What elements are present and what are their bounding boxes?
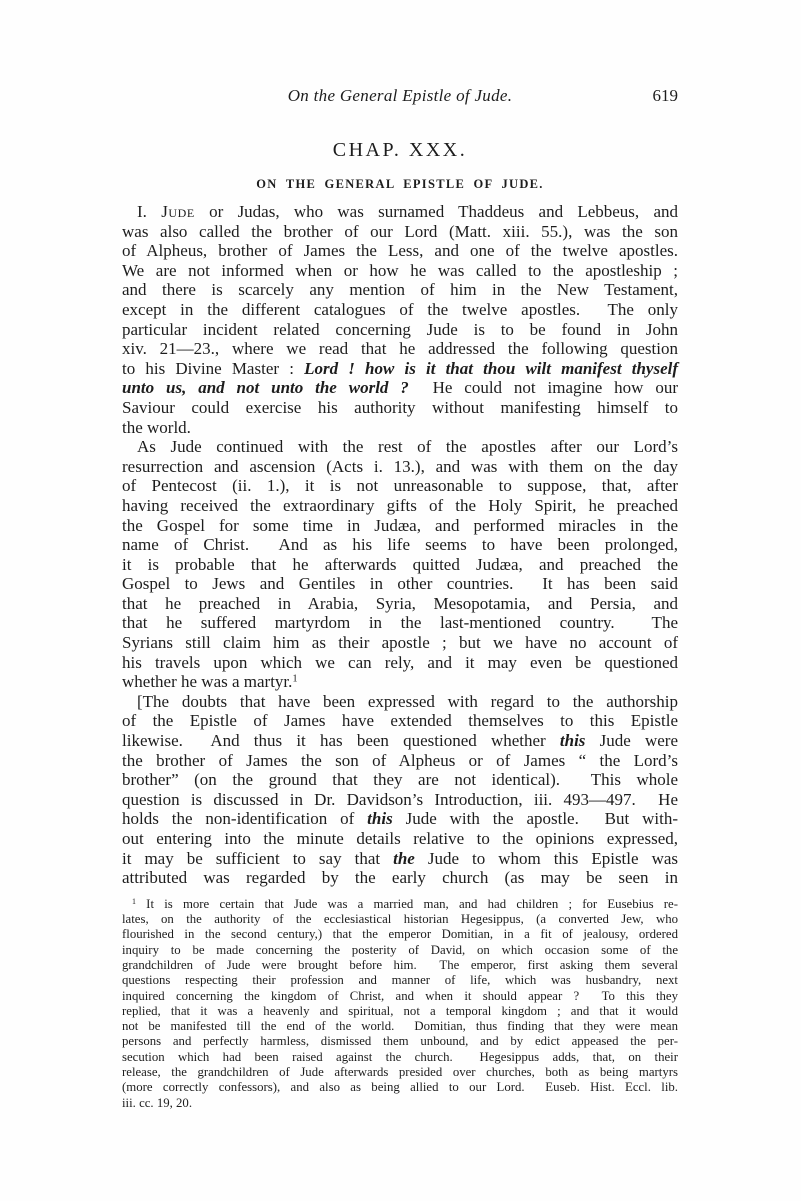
page-number: 619 [653,86,679,106]
text-run: inquiry to be made concerning the poster… [122,943,678,957]
text-line: Syrians still claim him as their apostle… [122,633,678,653]
text-run: of Pentecost (ii. 1.), it is not unreaso… [122,476,678,495]
text-run: resurrection and ascension (Acts i. 13.)… [122,457,678,476]
text-run: Jude were [585,731,678,750]
text-run: (more correctly confessors), and also as… [122,1080,678,1094]
text-run: iii. cc. 19, 20. [122,1096,192,1110]
text-run: Jude to whom this Epistle was [415,849,678,868]
text-run: name of Christ. And as his life seems to… [122,535,678,554]
text-run: flourished in the second century,) that … [122,927,678,941]
text-run: was also called the brother of our Lord … [122,222,678,241]
text-line: As Jude continued with the rest of the a… [122,437,678,457]
text-run: of Alpheus, brother of James the Less, a… [122,241,678,260]
text-run: the Gospel for some time in Judæa, and p… [122,516,678,535]
text-line: of Pentecost (ii. 1.), it is not unreaso… [122,476,678,496]
footnote: 1 It is more certain that Jude was a mar… [122,897,678,1111]
chapter-heading: CHAP. XXX. [122,140,678,161]
body-text: I. Jude or Judas, who was surnamed Thadd… [122,202,678,888]
text-run: Saviour could exercise his authority wit… [122,398,678,417]
text-line: question is discussed in Dr. Davidson’s … [122,790,678,810]
text-run: Syrians still claim him as their apostle… [122,633,678,652]
text-line: release, the grandchildren of Jude after… [122,1065,678,1080]
text-run: questions respecting their profession an… [122,973,678,987]
text-line: of Alpheus, brother of James the Less, a… [122,241,678,261]
text-run: this [560,731,586,750]
paragraph: As Jude continued with the rest of the a… [122,437,678,692]
text-line: 1 It is more certain that Jude was a mar… [122,897,678,912]
text-run: [The doubts that have been expressed wit… [137,692,678,711]
text-run: whether he was a martyr. [122,672,292,691]
text-line: it is probable that he afterwards quitte… [122,555,678,575]
text-line: not be manifested till the end of the wo… [122,1019,678,1034]
text-run: particular incident related concerning J… [122,320,678,339]
text-run: likewise. And thus it has been questione… [122,731,560,750]
text-run: question is discussed in Dr. Davidson’s … [122,790,678,809]
text-line: flourished in the second century,) that … [122,927,678,942]
text-run: it may be sufficient to say that [122,849,393,868]
text-run: that he preached in Arabia, Syria, Mesop… [122,594,678,613]
text-run: xiv. 21—23., where we read that he addre… [122,339,678,358]
text-line: name of Christ. And as his life seems to… [122,535,678,555]
text-line: [The doubts that have been expressed wit… [122,692,678,712]
text-run: the world. [122,418,191,437]
text-line: to his Divine Master : Lord ! how is it … [122,359,678,379]
text-line: was also called the brother of our Lord … [122,222,678,242]
text-run: replied, that it was a heavenly and spir… [122,1004,678,1018]
text-line: We are not informed when or how he was c… [122,261,678,281]
text-line: unto us, and not unto the world ? He cou… [122,378,678,398]
text-run: the brother of James the son of Alpheus … [122,751,678,770]
text-run: except in the different catalogues of th… [122,300,678,319]
text-run: Gospel to Jews and Gentiles in other cou… [122,574,678,593]
text-line: and there is scarcely any mention of him… [122,280,678,300]
text-line: out entering into the minute details rel… [122,829,678,849]
text-run: his travels upon which we can rely, and … [122,653,678,672]
text-run: this [367,809,393,828]
text-line: persons and perfectly harmless, dismisse… [122,1034,678,1049]
text-run: brother” (on the ground that they are no… [122,770,678,789]
text-line: his travels upon which we can rely, and … [122,653,678,673]
text-line: brother” (on the ground that they are no… [122,770,678,790]
text-run: Jude [161,202,195,221]
text-run: persons and perfectly harmless, dismisse… [122,1034,678,1048]
chapter-subtitle: ON THE GENERAL EPISTLE OF JUDE. [122,177,678,191]
text-line: iii. cc. 19, 20. [122,1096,678,1111]
text-run: that he suffered martyrdom in the last-m… [122,613,678,632]
text-run: Jude with the apostle. But with- [393,809,678,828]
text-line: the world. [122,418,678,438]
text-line: the Gospel for some time in Judæa, and p… [122,516,678,536]
text-run: holds the non-identification of [122,809,367,828]
text-run: He could not imagine how our [409,378,678,397]
paragraph: I. Jude or Judas, who was surnamed Thadd… [122,202,678,437]
text-line: attributed was regarded by the early chu… [122,868,678,888]
text-line: having received the extraordinary gifts … [122,496,678,516]
text-line: holds the non-identification of this Jud… [122,809,678,829]
text-run: secution which had been raised against t… [122,1050,678,1064]
text-line: Saviour could exercise his authority wit… [122,398,678,418]
text-run: grandchildren of Jude were brought befor… [122,958,678,972]
text-run: and there is scarcely any mention of him… [122,280,678,299]
text-line: secution which had been raised against t… [122,1050,678,1065]
text-line: that he preached in Arabia, Syria, Mesop… [122,594,678,614]
text-run: to his Divine Master : [122,359,304,378]
text-run: I. [137,202,161,221]
text-run: It is more certain that Jude was a marri… [136,897,678,911]
text-line: resurrection and ascension (Acts i. 13.)… [122,457,678,477]
text-run: having received the extraordinary gifts … [122,496,678,515]
text-run: or Judas, who was surnamed Thaddeus and … [195,202,678,221]
paragraph: 1 It is more certain that Jude was a mar… [122,897,678,1111]
text-line: grandchildren of Jude were brought befor… [122,958,678,973]
text-run: the [393,849,415,868]
paragraph: [The doubts that have been expressed wit… [122,692,678,888]
text-run: Lord ! how is it that thou wilt manifest… [304,359,678,378]
text-line: of the Epistle of James have extended th… [122,711,678,731]
text-column: On the General Epistle of Jude. 619 CHAP… [122,86,678,1111]
footnote-marker: 1 [292,674,297,685]
text-line: xiv. 21—23., where we read that he addre… [122,339,678,359]
text-line: it may be sufficient to say that the Jud… [122,849,678,869]
text-line: (more correctly confessors), and also as… [122,1080,678,1095]
text-run: We are not informed when or how he was c… [122,261,678,280]
text-line: likewise. And thus it has been questione… [122,731,678,751]
text-run: As Jude continued with the rest of the a… [137,437,678,456]
text-run: unto us, and not unto the world ? [122,378,409,397]
text-run: release, the grandchildren of Jude after… [122,1065,678,1079]
text-line: whether he was a martyr.1 [122,672,678,692]
text-line: I. Jude or Judas, who was surnamed Thadd… [122,202,678,222]
text-line: lates, on the authority of the ecclesias… [122,912,678,927]
text-line: the brother of James the son of Alpheus … [122,751,678,771]
text-run: not be manifested till the end of the wo… [122,1019,678,1033]
text-line: replied, that it was a heavenly and spir… [122,1004,678,1019]
text-run: inquired concerning the kingdom of Chris… [122,989,678,1003]
text-line: Gospel to Jews and Gentiles in other cou… [122,574,678,594]
text-line: inquiry to be made concerning the poster… [122,943,678,958]
text-run: of the Epistle of James have extended th… [122,711,678,730]
text-line: questions respecting their profession an… [122,973,678,988]
text-line: particular incident related concerning J… [122,320,678,340]
text-line: that he suffered martyrdom in the last-m… [122,613,678,633]
book-page: On the General Epistle of Jude. 619 CHAP… [0,0,801,1201]
text-line: except in the different catalogues of th… [122,300,678,320]
text-run: it is probable that he afterwards quitte… [122,555,678,574]
running-head: On the General Epistle of Jude. 619 [122,86,678,106]
text-run: out entering into the minute details rel… [122,829,678,848]
text-line: inquired concerning the kingdom of Chris… [122,989,678,1004]
running-head-title: On the General Epistle of Jude. [122,86,678,106]
text-run: attributed was regarded by the early chu… [122,868,678,887]
text-run: lates, on the authority of the ecclesias… [122,912,678,926]
